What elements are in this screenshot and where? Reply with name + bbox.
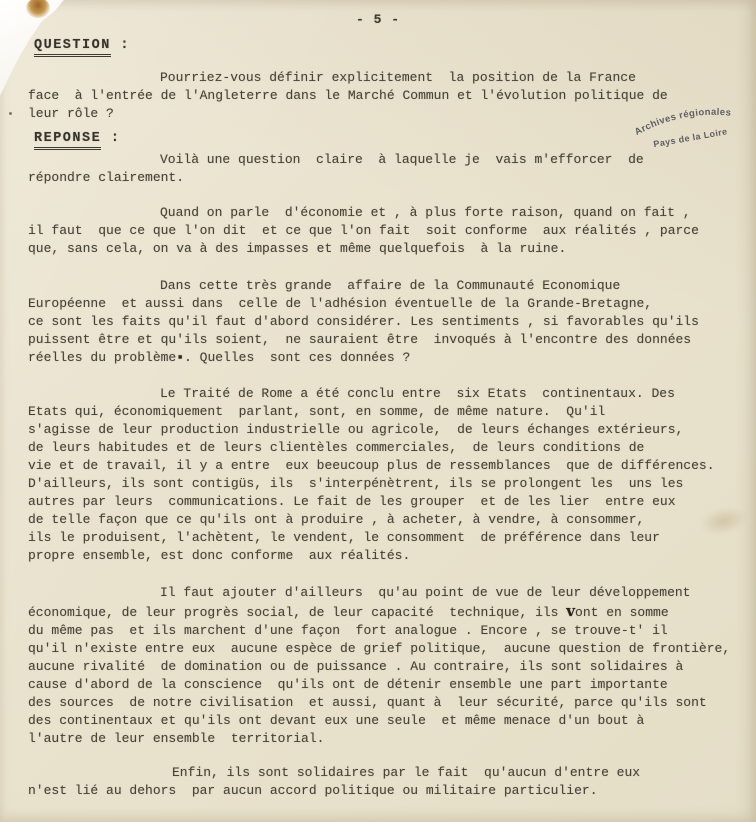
ink-blot: ▪: [176, 350, 184, 365]
response-heading-word: REPONSE: [34, 131, 101, 150]
response-paragraph-4: Le Traité de Rome a été conclu entre six…: [28, 385, 742, 565]
paragraph-5-text-continued: ont en somme du même pas et ils marchent…: [28, 605, 730, 746]
ink-dot: [9, 112, 12, 115]
question-heading-colon: :: [111, 38, 130, 53]
handwritten-v-correction: v: [566, 602, 575, 620]
response-paragraph-6: Enfin, ils sont solidaires par le fait q…: [28, 764, 742, 800]
document-page: - 5 - QUESTION : Pourriez-vous définir e…: [0, 0, 756, 822]
question-heading-word: QUESTION: [34, 38, 111, 57]
paragraph-3-text-continued: . Quelles sont ces données ?: [184, 350, 410, 365]
response-paragraph-3: Dans cette très grande affaire de la Com…: [28, 277, 742, 367]
page-number: - 5 -: [0, 12, 756, 27]
response-heading-colon: :: [101, 131, 120, 146]
paragraph-2-text: Quand on parle d'économie et , à plus fo…: [160, 205, 636, 220]
response-heading: REPONSE :: [34, 131, 120, 146]
question-heading: QUESTION :: [34, 38, 130, 53]
response-paragraph-1: Voilà une question claire à laquelle je …: [28, 151, 742, 187]
stamp-bottom-text: Pays de la Loire: [653, 126, 729, 149]
response-paragraph-2: Quand on parle d'économie et , à plus fo…: [28, 204, 742, 258]
response-paragraph-5: Il faut ajouter d'ailleurs qu'au point d…: [28, 584, 742, 748]
